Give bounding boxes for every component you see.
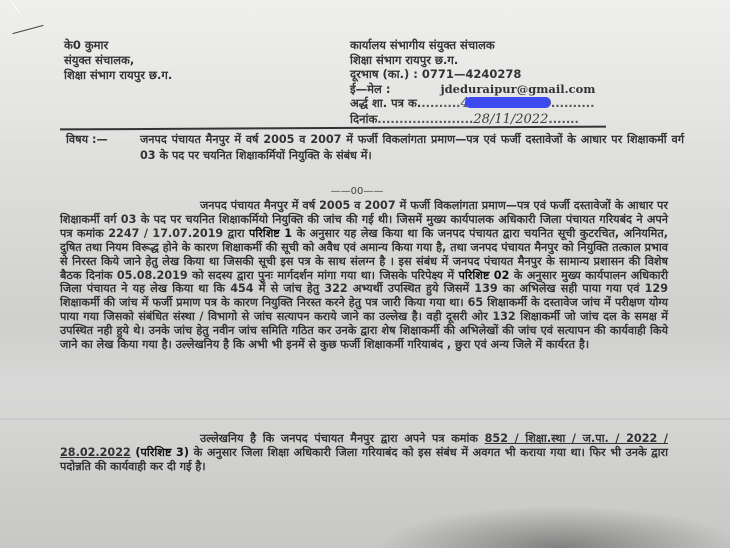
reference-label: अर्द्ध शा. पत्र क. bbox=[350, 96, 421, 110]
paper-mark bbox=[11, 1, 20, 13]
section-separator: ——00—— bbox=[0, 186, 722, 197]
document-page: के0 कुमार संयुक्त संचालक, शिक्षा संभाग र… bbox=[0, 0, 730, 548]
annexure-reference: परिशिष्ट 02 bbox=[459, 269, 510, 282]
office-email: ई—मेल : jdeduraipur@gmail.com bbox=[350, 82, 595, 97]
email-label: ई—मेल : bbox=[350, 82, 390, 96]
office-reference: अर्द्ध शा. पत्र क..........4.......... bbox=[350, 96, 595, 112]
annexure-reference: (परिशिष्ट 3) bbox=[135, 446, 189, 459]
sender-name: के0 कुमार bbox=[64, 38, 172, 53]
subject-text: जनपद पंचायत मैनपुर में वर्ष 2005 व 2007 … bbox=[140, 132, 684, 163]
date-value: 28/11/2022 bbox=[473, 112, 548, 127]
header-divider bbox=[60, 126, 606, 131]
office-block: कार्यालय संभागीय संयुक्त संचालक शिक्षा स… bbox=[350, 38, 595, 127]
phone-value: 0771—4240278 bbox=[422, 67, 522, 81]
office-division: शिक्षा संभाग रायपुर छ.ग. bbox=[350, 53, 595, 68]
redaction-mark bbox=[465, 97, 551, 108]
subject-block: विषय :— जनपद पंचायत मैनपुर में वर्ष 2005… bbox=[44, 132, 684, 163]
sender-block: के0 कुमार संयुक्त संचालक, शिक्षा संभाग र… bbox=[64, 38, 172, 83]
phone-label: दूरभाष (का.) : bbox=[350, 67, 418, 81]
paragraph-text: उल्लेखनिय है कि जनपद पंचायत मैनपुर द्वार… bbox=[200, 432, 485, 445]
subject-label: विषय :— bbox=[66, 132, 108, 148]
email-value: jdeduraipur@gmail.com bbox=[440, 82, 595, 96]
office-phone: दूरभाष (का.) : 0771—4240278 bbox=[350, 67, 595, 82]
date-label: दिनांक bbox=[350, 112, 377, 126]
sender-division: शिक्षा संभाग रायपुर छ.ग. bbox=[64, 68, 172, 83]
paper-fold-crease bbox=[0, 418, 730, 420]
body-paragraph-1: जनपद पंचायत मैनपुर में वर्ष 2005 व 2007 … bbox=[60, 199, 668, 352]
body-paragraph-2: उल्लेखनिय है कि जनपद पंचायत मैनपुर द्वार… bbox=[60, 432, 668, 474]
office-date: दिनांक......................28/11/2022..… bbox=[350, 112, 595, 128]
office-title: कार्यालय संभागीय संयुक्त संचालक bbox=[350, 38, 595, 53]
paper-mark bbox=[12, 25, 43, 34]
sender-designation: संयुक्त संचालक, bbox=[64, 53, 172, 68]
annexure-reference: परिशिष्ट 1 bbox=[249, 227, 292, 240]
